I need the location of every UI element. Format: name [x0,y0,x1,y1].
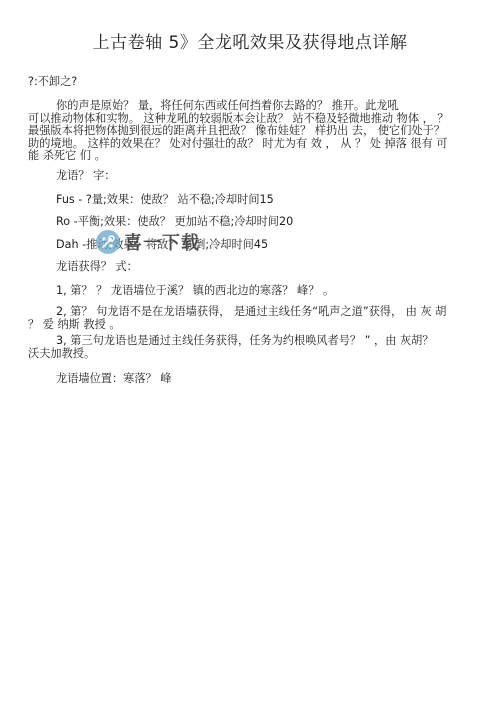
acquire-item-2: 2, 第？ 句龙语不是在龙语墙获得， 是通过主线任务“吼声之道”获得， 由 灰 … [28,306,476,331]
acquire-heading: 龙语获得？ 式： [56,260,138,273]
item-line: 沃夫加教授。 [28,348,476,361]
paragraph-line: 最强版本将把物体抛到很远的距离并且把敌？ 像布娃娃？ 样扔出 去， 使它们处于？ [28,125,476,138]
wrench-badge-icon [96,230,120,254]
words-heading: 龙语？ 字： [56,169,116,182]
item-line: ？ 爱 纳斯 教授 。 [28,319,476,332]
paragraph-line: 你的声是原始？ 量，将任何东西或任何挡着你去路的？ 推开。此龙吼 [28,100,476,113]
item-line: 2, 第？ 句龙语不是在龙语墙获得， 是通过主线任务“吼声之道”获得， 由 灰 … [28,306,476,319]
wall-location: 龙语墙位置：寒落？ 峰 [56,372,171,385]
section-heading: ?:不卸之? [28,75,77,88]
paragraph-line: 能 杀死它 们 。 [28,150,476,163]
acquire-item-3: 3, 第三句龙语也是通过主线任务获得，任务为约根唤风者号？ ” ，由 灰胡？ 沃… [28,335,476,360]
watermark: 喜一下载 [96,227,200,257]
item-line: 3, 第三句龙语也是通过主线任务获得，任务为约根唤风者号？ ” ，由 灰胡？ [28,335,476,348]
intro-paragraph: 你的声是原始？ 量，将任何东西或任何挡着你去路的？ 推开。此龙吼 可以推动物体和… [28,100,476,163]
word-entry-fus: Fus - ?量;效果：使敌？ 站不稳;冷却时间15 [56,193,274,206]
acquire-item-1: 1, 第？ ？ 龙语墙位于溪？ 镇的西北边的寒落？ 峰？ 。 [56,284,334,297]
document-page: 上古卷轴 5》全龙吼效果及获得地点详解 ?:不卸之? 你的声是原始？ 量，将任何… [0,0,500,708]
document-title: 上古卷轴 5》全龙吼效果及获得地点详解 [0,28,500,53]
watermark-text: 喜一下载 [124,229,200,255]
